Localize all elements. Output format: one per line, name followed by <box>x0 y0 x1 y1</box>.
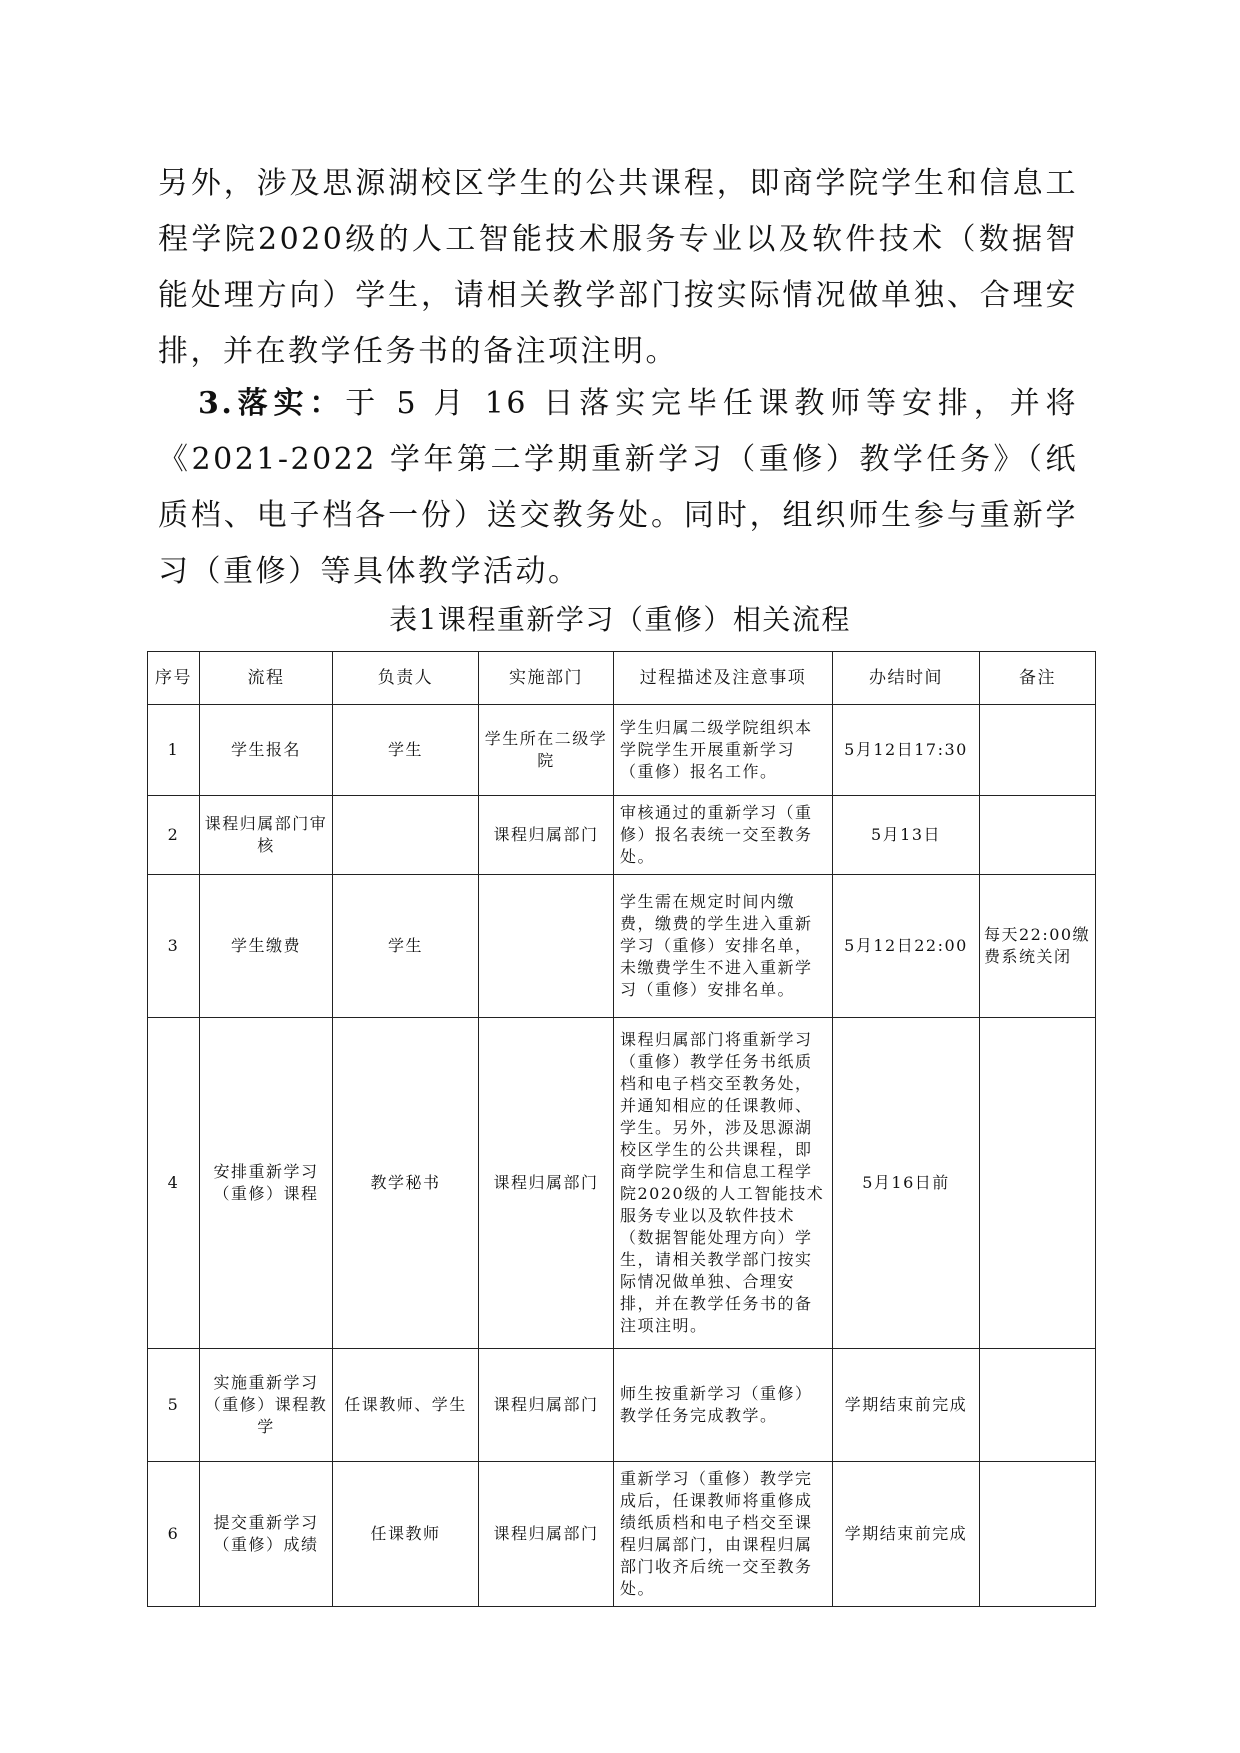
cell-deadline: 5月12日22:00 <box>833 875 980 1018</box>
section-heading: 3.落实： <box>198 386 345 421</box>
cell-desc: 课程归属部门将重新学习（重修）教学任务书纸质档和电子档交至教务处，并通知相应的任… <box>614 1018 833 1349</box>
cell-desc: 师生按重新学习（重修）教学任务完成教学。 <box>614 1349 833 1462</box>
cell-note <box>980 1018 1096 1349</box>
cell-no: 1 <box>148 705 200 796</box>
cell-no: 4 <box>148 1018 200 1349</box>
cell-note <box>980 1462 1096 1607</box>
cell-no: 3 <box>148 875 200 1018</box>
cell-process: 课程归属部门审核 <box>200 796 333 875</box>
cell-owner: 学生 <box>333 705 479 796</box>
cell-dept: 课程归属部门 <box>479 1349 614 1462</box>
cell-process: 安排重新学习（重修）课程 <box>200 1018 333 1349</box>
cell-dept: 课程归属部门 <box>479 1018 614 1349</box>
cell-owner: 任课教师 <box>333 1462 479 1607</box>
cell-note <box>980 796 1096 875</box>
cell-desc: 审核通过的重新学习（重修）报名表统一交至教务处。 <box>614 796 833 875</box>
cell-note <box>980 705 1096 796</box>
table-header-row: 序号 流程 负责人 实施部门 过程描述及注意事项 办结时间 备注 <box>148 652 1096 705</box>
cell-no: 2 <box>148 796 200 875</box>
cell-owner: 学生 <box>333 875 479 1018</box>
cell-owner <box>333 796 479 875</box>
header-desc: 过程描述及注意事项 <box>614 652 833 705</box>
table-row: 6 提交重新学习（重修）成绩 任课教师 课程归属部门 重新学习（重修）教学完成后… <box>148 1462 1096 1607</box>
cell-deadline: 5月12日17:30 <box>833 705 980 796</box>
cell-note <box>980 1349 1096 1462</box>
cell-no: 5 <box>148 1349 200 1462</box>
cell-deadline: 5月13日 <box>833 796 980 875</box>
table-row: 2 课程归属部门审核 课程归属部门 审核通过的重新学习（重修）报名表统一交至教务… <box>148 796 1096 875</box>
table-caption: 表1课程重新学习（重修）相关流程 <box>0 598 1240 638</box>
cell-process: 学生缴费 <box>200 875 333 1018</box>
cell-note: 每天22:00缴费系统关闭 <box>980 875 1096 1018</box>
cell-desc: 学生归属二级学院组织本学院学生开展重新学习（重修）报名工作。 <box>614 705 833 796</box>
header-process: 流程 <box>200 652 333 705</box>
cell-no: 6 <box>148 1462 200 1607</box>
table-row: 1 学生报名 学生 学生所在二级学院 学生归属二级学院组织本学院学生开展重新学习… <box>148 705 1096 796</box>
paragraph-campus-note: 另外，涉及思源湖校区学生的公共课程，即商学院学生和信息工程学院2020级的人工智… <box>158 156 1078 380</box>
header-owner: 负责人 <box>333 652 479 705</box>
table-row: 5 实施重新学习（重修）课程教学 任课教师、学生 课程归属部门 师生按重新学习（… <box>148 1349 1096 1462</box>
cell-deadline: 学期结束前完成 <box>833 1462 980 1607</box>
cell-owner: 教学秘书 <box>333 1018 479 1349</box>
cell-dept: 学生所在二级学院 <box>479 705 614 796</box>
table-row: 4 安排重新学习（重修）课程 教学秘书 课程归属部门 课程归属部门将重新学习（重… <box>148 1018 1096 1349</box>
cell-deadline: 5月16日前 <box>833 1018 980 1349</box>
header-deadline: 办结时间 <box>833 652 980 705</box>
cell-process: 实施重新学习（重修）课程教学 <box>200 1349 333 1462</box>
cell-deadline: 学期结束前完成 <box>833 1349 980 1462</box>
cell-owner: 任课教师、学生 <box>333 1349 479 1462</box>
header-dept: 实施部门 <box>479 652 614 705</box>
paragraph-implementation: 3.落实：于 5 月 16 日落实完毕任课教师等安排，并将《2021-2022 … <box>158 376 1078 600</box>
cell-dept <box>479 875 614 1018</box>
cell-desc: 重新学习（重修）教学完成后，任课教师将重修成绩纸质档和电子档交至课程归属部门，由… <box>614 1462 833 1607</box>
cell-process: 学生报名 <box>200 705 333 796</box>
header-note: 备注 <box>980 652 1096 705</box>
cell-process: 提交重新学习（重修）成绩 <box>200 1462 333 1607</box>
table-row: 3 学生缴费 学生 学生需在规定时间内缴费，缴费的学生进入重新学习（重修）安排名… <box>148 875 1096 1018</box>
process-table: 序号 流程 负责人 实施部门 过程描述及注意事项 办结时间 备注 1 学生报名 … <box>147 651 1096 1607</box>
cell-desc: 学生需在规定时间内缴费，缴费的学生进入重新学习（重修）安排名单，未缴费学生不进入… <box>614 875 833 1018</box>
cell-dept: 课程归属部门 <box>479 1462 614 1607</box>
header-no: 序号 <box>148 652 200 705</box>
cell-dept: 课程归属部门 <box>479 796 614 875</box>
